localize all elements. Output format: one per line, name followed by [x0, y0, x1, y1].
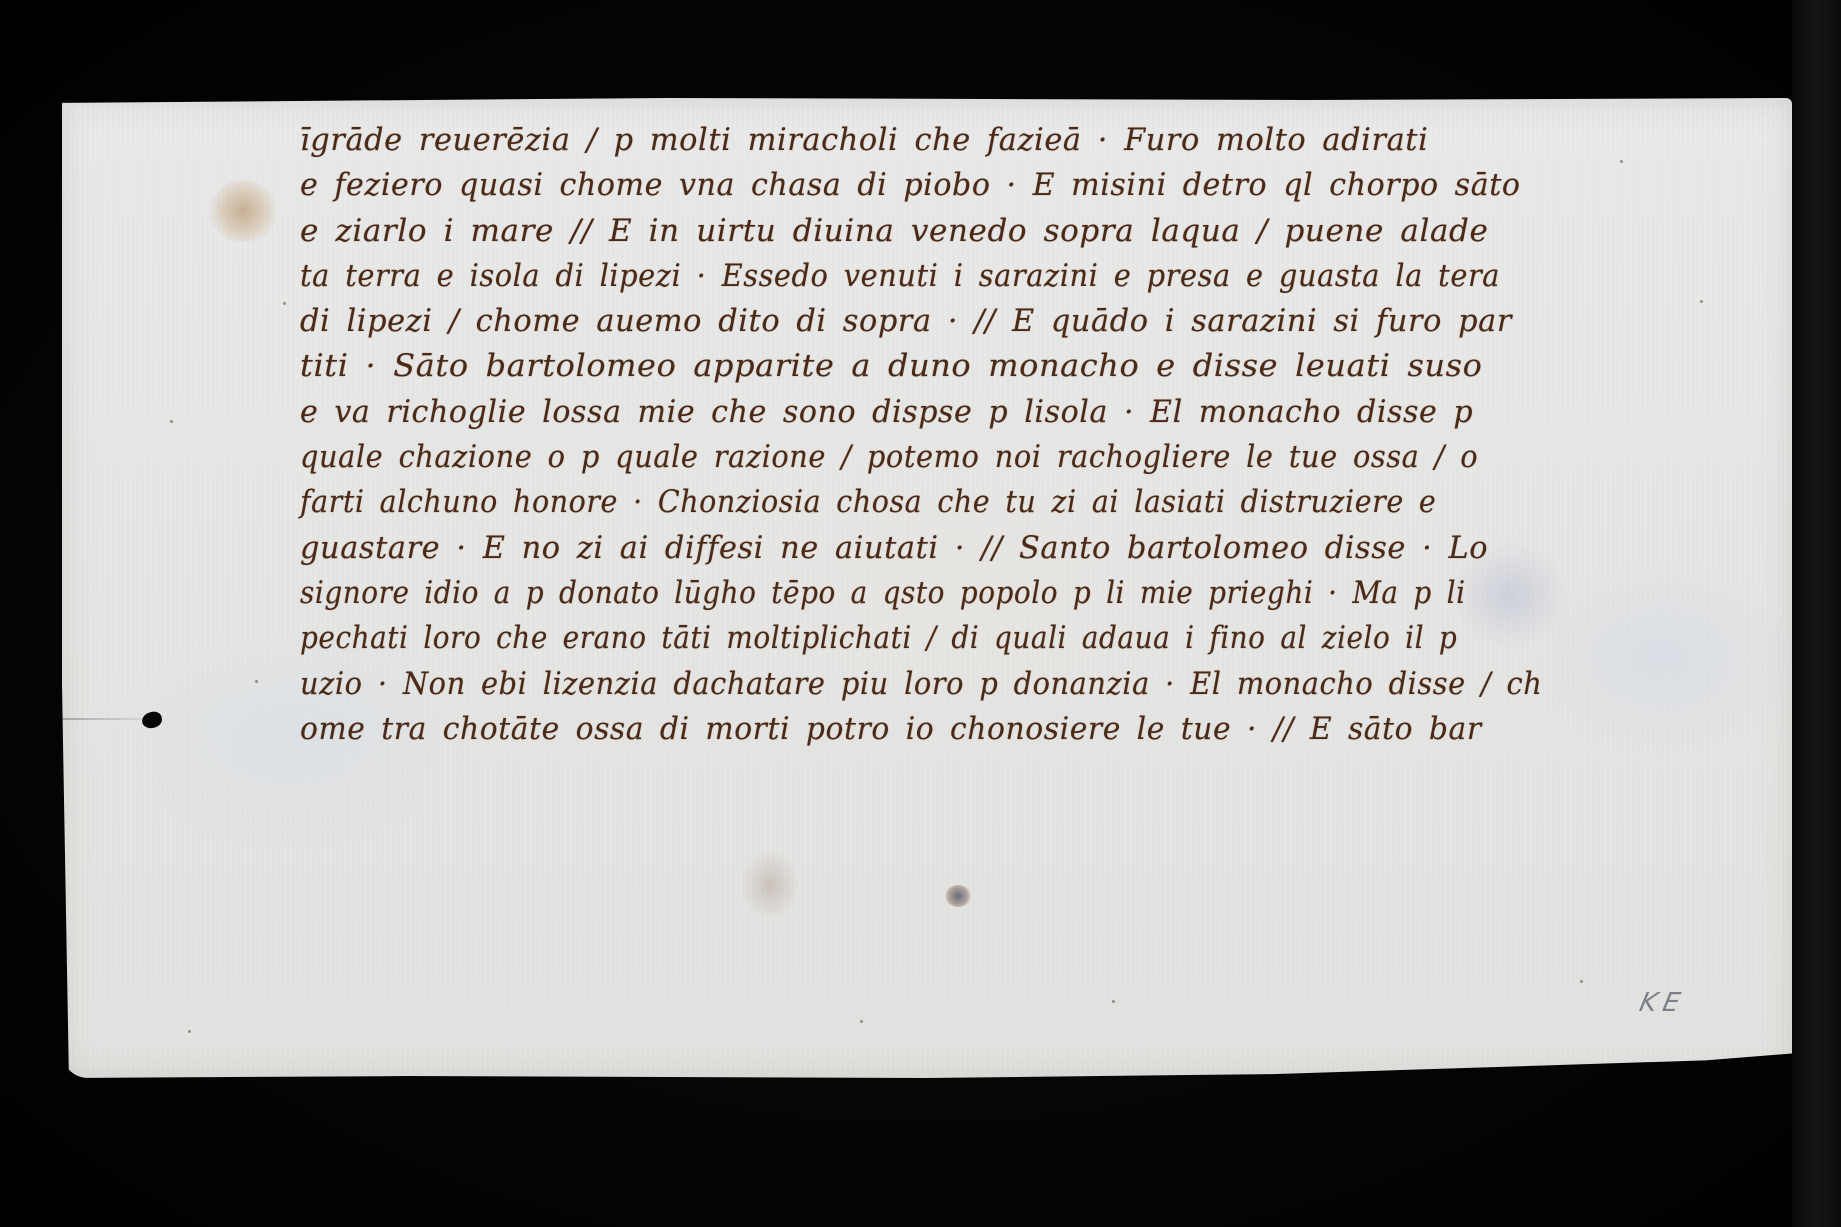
paper-speck: [255, 680, 258, 683]
manuscript-line: signore idio a p donato lūgho tēpo a qst…: [300, 571, 1578, 616]
manuscript-line: uzio · Non ebi lizenzia dachatare piu lo…: [300, 662, 1621, 707]
manuscript-line: quale chazione o p quale razione / potem…: [300, 435, 1621, 480]
manuscript-line: pechati loro che erano tāti moltiplichat…: [300, 616, 1578, 661]
backdrop-edge: [1792, 0, 1841, 1227]
paper-speck: [170, 420, 173, 423]
manuscript-line: titi · Sāto bartolomeo apparite a duno m…: [300, 344, 1763, 389]
paper-crease: [62, 718, 152, 720]
manuscript-line: ta terra e isola di lipezi · Essedo venu…: [300, 254, 1621, 299]
manuscript-line: e ziarlo i mare // E in uirtu diuina ven…: [300, 209, 1720, 254]
pencil-folio-mark: KE: [1637, 988, 1689, 1018]
paper-speck: [860, 1020, 863, 1023]
manuscript-text: īgrāde reuerēzia / p molti miracholi che…: [300, 118, 1720, 752]
paper-speck: [1580, 980, 1583, 983]
manuscript-line: farti alchuno honore · Chonziosia chosa …: [300, 480, 1606, 525]
paper-speck: [188, 1030, 191, 1033]
manuscript-line: guastare · E no zi ai diffesi ne aiutati…: [300, 526, 1692, 571]
manuscript-line: e feziero quasi chome vna chasa di piobo…: [300, 163, 1677, 208]
paper-speck: [1112, 1000, 1115, 1003]
manuscript-line: ome tra chotāte ossa di morti potro io c…: [300, 707, 1663, 752]
manuscript-line: di lipezi / chome auemo dito di sopra · …: [300, 299, 1692, 344]
paper-speck: [283, 302, 286, 305]
manuscript-line: e va richoglie lossa mie che sono dispse…: [300, 390, 1677, 435]
manuscript-line: īgrāde reuerēzia / p molti miracholi che…: [300, 118, 1692, 163]
